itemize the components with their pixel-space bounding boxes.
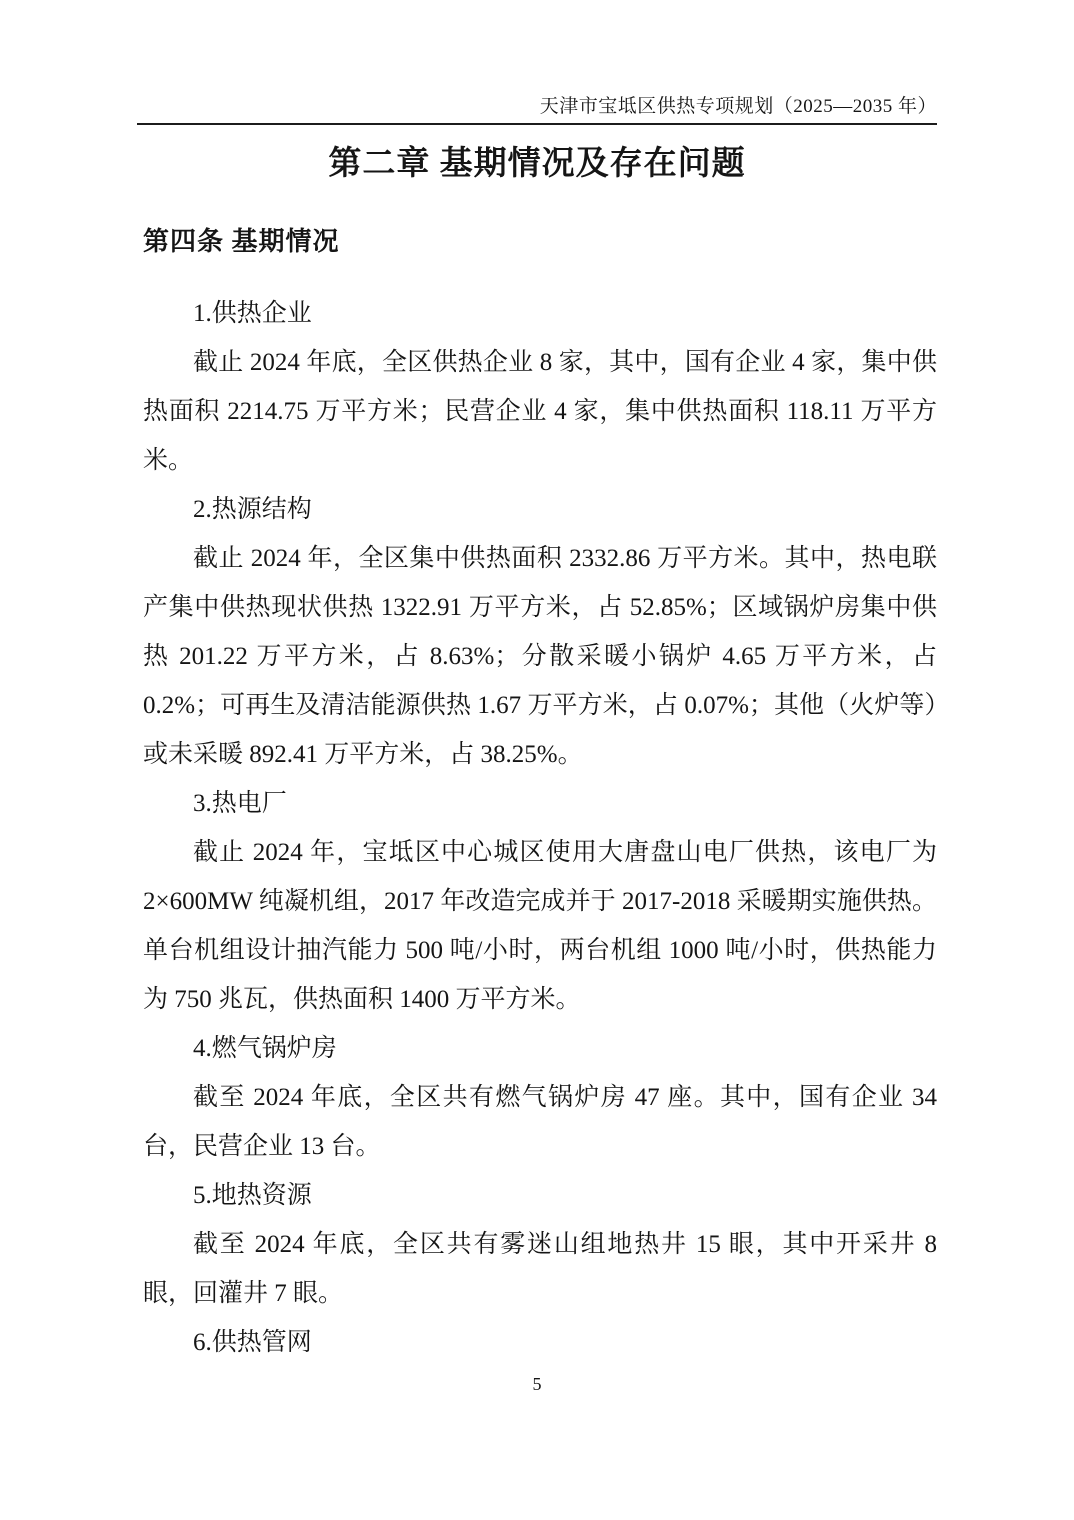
- running-header-text: 天津市宝坻区供热专项规划（2025—2035 年）: [540, 96, 937, 117]
- body-paragraph-heat-source-structure: 截止 2024 年，全区集中供热面积 2332.86 万平方米。其中，热电联产集…: [143, 534, 937, 779]
- document-page: 天津市宝坻区供热专项规划（2025—2035 年） 第二章 基期情况及存在问题 …: [0, 0, 1074, 1520]
- chapter-title: 第二章 基期情况及存在问题: [0, 145, 1074, 183]
- subheading-heating-enterprises: 1.供热企业: [143, 289, 937, 338]
- page-header: 天津市宝坻区供热专项规划（2025—2035 年）: [137, 94, 937, 125]
- subheading-geothermal-resources: 5.地热资源: [143, 1171, 937, 1220]
- document-body: 1.供热企业 截止 2024 年底，全区供热企业 8 家，其中，国有企业 4 家…: [143, 289, 937, 1367]
- body-paragraph-gas-boiler-houses: 截至 2024 年底，全区共有燃气锅炉房 47 座。其中，国有企业 34 台，民…: [143, 1073, 937, 1171]
- subheading-gas-boiler-houses: 4.燃气锅炉房: [143, 1024, 937, 1073]
- body-paragraph-heating-enterprises: 截止 2024 年底，全区供热企业 8 家，其中，国有企业 4 家，集中供热面积…: [143, 338, 937, 485]
- subheading-heat-source-structure: 2.热源结构: [143, 485, 937, 534]
- body-paragraph-geothermal-resources: 截至 2024 年底，全区共有雾迷山组地热井 15 眼，其中开采井 8 眼，回灌…: [143, 1220, 937, 1318]
- section-heading: 第四条 基期情况: [143, 227, 937, 257]
- page-number: 5: [0, 1372, 1074, 1396]
- subheading-thermal-power-plant: 3.热电厂: [143, 779, 937, 828]
- body-paragraph-thermal-power-plant: 截止 2024 年，宝坻区中心城区使用大唐盘山电厂供热，该电厂为 2×600MW…: [143, 828, 937, 1024]
- subheading-heating-pipe-network: 6.供热管网: [143, 1318, 937, 1367]
